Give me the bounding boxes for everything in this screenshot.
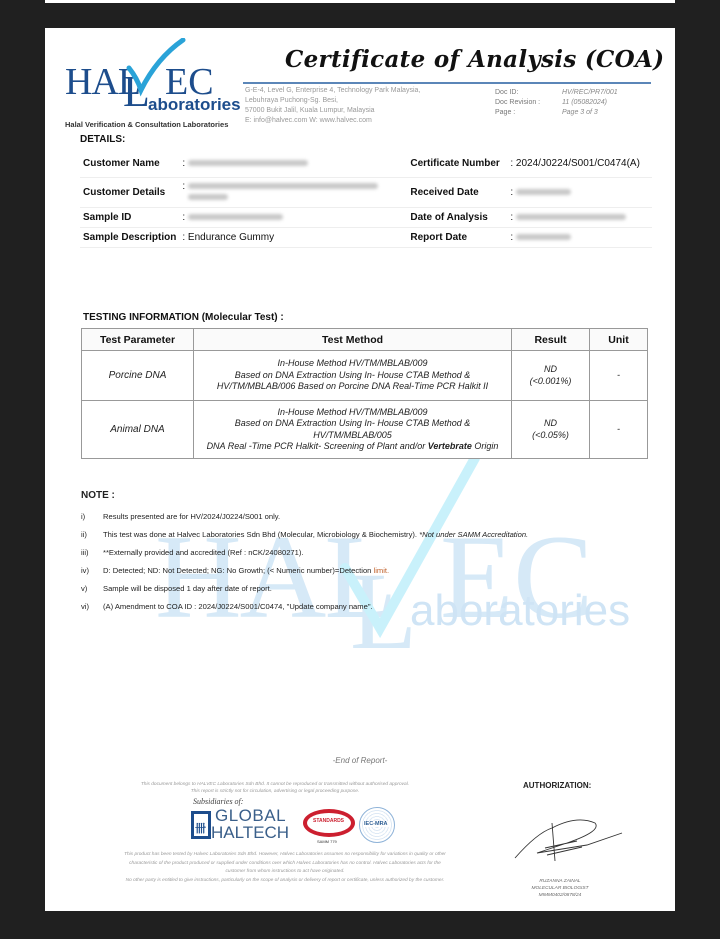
test-result: ND (<0.05%) xyxy=(512,401,590,459)
haltech-mark-icon: 卌 xyxy=(191,811,211,839)
halvec-logo: HAL EC L aboratories Halal Verification … xyxy=(65,38,265,128)
previous-page-edge xyxy=(45,0,675,3)
signatory: RUZANNA ZAINAL MOLECULAR BIOLOGIST MIMM0… xyxy=(515,878,605,899)
global-haltech-logo: 卌 GLOBAL HALTECH xyxy=(191,808,291,842)
note-item: ii)This test was done at Halvec Laborato… xyxy=(81,525,641,543)
date-of-analysis-value: : xyxy=(507,207,652,227)
table-row: Animal DNA In-House Method HV/TM/MBLAB/0… xyxy=(82,401,648,459)
note-item: iv)D: Detected; ND: Not Detected; NG: No… xyxy=(81,561,641,579)
document-metadata: Doc ID:HV/REC/PR7/001 Doc Revision :11 (… xyxy=(495,88,618,118)
report-date-value: : xyxy=(507,227,652,247)
note-item: v)Sample will be disposed 1 day after da… xyxy=(81,579,641,597)
received-date-value: : xyxy=(507,177,652,207)
test-results-table: Test Parameter Test Method Result Unit P… xyxy=(81,328,648,459)
details-table: Customer Name : Certificate Number : 202… xyxy=(80,150,652,248)
test-method: In-House Method HV/TM/MBLAB/009 Based on… xyxy=(194,351,512,401)
note-item: iii)**Externally provided and accredited… xyxy=(81,543,641,561)
subsidiaries-label: Subsidiaries of: xyxy=(193,797,243,806)
note-item: i)Results presented are for HV/2024/J022… xyxy=(81,507,641,525)
checkmark-icon xyxy=(117,38,187,98)
lab-address: G-E-4, Level G, Enterprise 4, Technology… xyxy=(245,86,420,126)
signature-icon xyxy=(507,803,627,873)
table-header-row: Test Parameter Test Method Result Unit xyxy=(82,329,648,351)
end-of-report: -End of Report- xyxy=(45,756,675,765)
note-item: vi)(A) Amendment to COA ID : 2024/J0224/… xyxy=(81,597,641,615)
sample-id-value: : xyxy=(179,207,407,227)
notes-section: NOTE : i)Results presented are for HV/20… xyxy=(81,490,641,615)
details-heading: DETAILS: xyxy=(80,134,125,145)
table-row: Porcine DNA In-House Method HV/TM/MBLAB/… xyxy=(82,351,648,401)
iec-mra-badge: IEC-MRA xyxy=(359,807,395,843)
liability-disclaimer: This product has been tested by Halvec L… xyxy=(65,851,505,885)
title-underline xyxy=(243,82,651,84)
customer-details-value: : xyxy=(179,177,407,207)
sample-description-value: : Endurance Gummy xyxy=(179,227,407,247)
authorization-heading: AUTHORIZATION: xyxy=(523,781,591,790)
testing-heading: TESTING INFORMATION (Molecular Test) : xyxy=(83,312,284,323)
ownership-disclaimer: This document belongs to HALVEC Laborato… xyxy=(75,781,475,795)
coa-document-page: HAL EC L aboratories HAL EC L aboratorie… xyxy=(45,28,675,911)
test-method: In-House Method HV/TM/MBLAB/009 Based on… xyxy=(194,401,512,459)
customer-name-value: : xyxy=(179,150,407,177)
document-title: Certificate of Analysis (COA) xyxy=(285,46,664,73)
certificate-number-value: : 2024/J0224/S001/C0474(A) xyxy=(507,150,652,177)
test-result: ND (<0.001%) xyxy=(512,351,590,401)
standards-malaysia-badge: STANDARDS xyxy=(303,809,355,837)
